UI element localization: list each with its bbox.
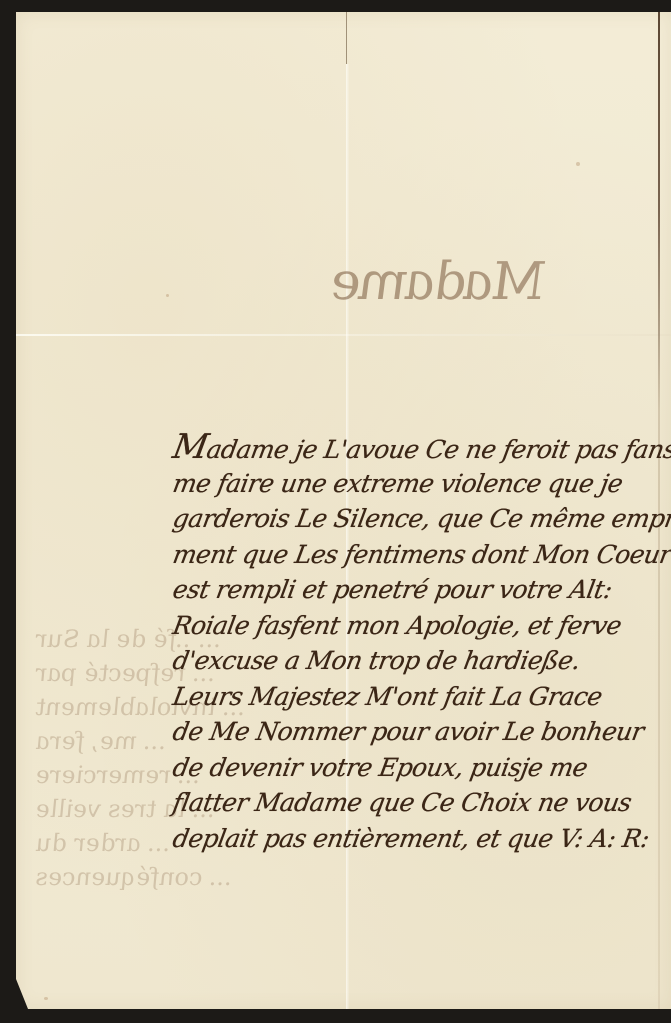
letter-line: est rempli et penetré pour votre Alt: <box>170 572 646 608</box>
vertical-fold-crease <box>346 12 347 64</box>
letter-line: Roiale fasfent mon Apologie, et ferve <box>170 608 646 644</box>
letter-line: flatter Madame que Ce Choix ne vous <box>170 785 646 821</box>
letter-line: Leurs Majestez M'ont fait La Grace <box>170 679 646 715</box>
letter-line: deplait pas entièrement, et que V: A: R: <box>170 821 646 857</box>
letter-line: de devenir votre Epoux, puisje me <box>170 750 646 786</box>
bleed-through-salutation: Madame <box>324 252 554 312</box>
letter-line: me faire une extreme violence que je <box>170 466 646 502</box>
letter-body: Madame je L'avoue Ce ne feroit pas fans … <box>170 430 640 856</box>
letter-line: Madame je L'avoue Ce ne feroit pas fans <box>170 430 646 466</box>
folded-corner <box>16 979 28 1009</box>
foxing-spot <box>44 997 48 1000</box>
ink-spot <box>166 294 169 297</box>
letter-line: d'excuse a Mon trop de hardieße. <box>170 643 646 679</box>
bleed-through-line: ... conféquences <box>31 860 481 894</box>
foxing-spot <box>576 162 580 166</box>
letter-line: garderois Le Silence, que Ce même empreß… <box>170 501 646 537</box>
letter-line: ment que Les fentimens dont Mon Coeur <box>170 537 646 573</box>
letter-line: de Me Nommer pour avoir Le bonheur <box>170 714 646 750</box>
